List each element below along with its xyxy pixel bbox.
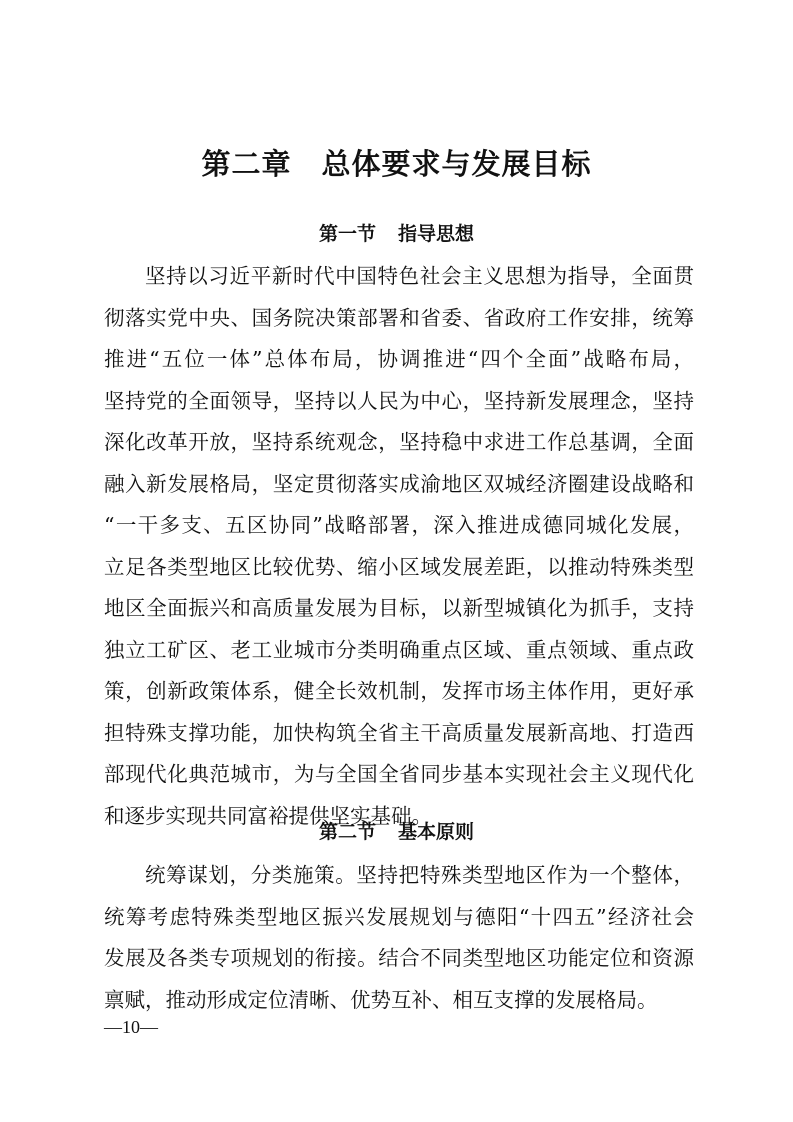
text-line: 深化改革开放，坚持系统观念，坚持稳中求进工作总基调，全面 xyxy=(104,422,694,464)
chapter-title: 第二章总体要求与发展目标 xyxy=(0,142,793,183)
text-line: 彻落实党中央、国务院决策部署和省委、省政府工作安排，统筹 xyxy=(104,298,694,340)
section-title-basic-principles: 第二节基本原则 xyxy=(0,817,793,844)
text-line: 统筹考虑特殊类型地区振兴发展规划与德阳“十四五”经济社会 xyxy=(104,897,694,939)
text-line: 坚持以习近平新时代中国特色社会主义思想为指导，全面贯 xyxy=(104,256,694,298)
text-line: 担特殊支撑功能，加快构筑全省主干高质量发展新高地、打造西 xyxy=(104,713,694,755)
section-number: 第二节 xyxy=(319,821,376,843)
chapter-title-text: 总体要求与发展目标 xyxy=(322,147,592,181)
document-page: 第二章总体要求与发展目标 第一节指导思想 坚持以习近平新时代中国特色社会主义思想… xyxy=(0,0,793,1122)
text-line: 发展及各类专项规划的衔接。结合不同类型地区功能定位和资源 xyxy=(104,938,694,980)
text-line: 坚持党的全面领导，坚持以人民为中心，坚持新发展理念，坚持 xyxy=(104,381,694,423)
section-title-text: 指导思想 xyxy=(398,223,474,245)
paragraph-basic-principles: 统筹谋划，分类施策。坚持把特殊类型地区作为一个整体， 统筹考虑特殊类型地区振兴发… xyxy=(104,855,694,1021)
chapter-number: 第二章 xyxy=(201,147,291,181)
text-line: 独立工矿区、老工业城市分类明确重点区域、重点领域、重点政 xyxy=(104,630,694,672)
text-line: 推进“五位一体”总体布局，协调推进“四个全面”战略布局， xyxy=(104,339,694,381)
section-title-text: 基本原则 xyxy=(398,821,474,843)
section-number: 第一节 xyxy=(319,223,376,245)
text-line: 统筹谋划，分类施策。坚持把特殊类型地区作为一个整体， xyxy=(104,855,694,897)
text-line: “一干多支、五区协同”战略部署，深入推进成德同城化发展， xyxy=(104,505,694,547)
text-line: 策，创新政策体系，健全长效机制，发挥市场主体作用，更好承 xyxy=(104,671,694,713)
paragraph-guiding-ideology: 坚持以习近平新时代中国特色社会主义思想为指导，全面贯 彻落实党中央、国务院决策部… xyxy=(104,256,694,837)
text-line: 禀赋，推动形成定位清晰、优势互补、相互支撑的发展格局。 xyxy=(104,980,694,1022)
page-number: —10— xyxy=(104,1017,158,1038)
text-line: 部现代化典范城市，为与全国全省同步基本实现社会主义现代化 xyxy=(104,754,694,796)
section-title-guiding-ideology: 第一节指导思想 xyxy=(0,219,793,246)
text-line: 立足各类型地区比较优势、缩小区域发展差距，以推动特殊类型 xyxy=(104,547,694,589)
text-line: 融入新发展格局，坚定贯彻落实成渝地区双城经济圈建设战略和 xyxy=(104,464,694,506)
text-line: 地区全面振兴和高质量发展为目标，以新型城镇化为抓手，支持 xyxy=(104,588,694,630)
